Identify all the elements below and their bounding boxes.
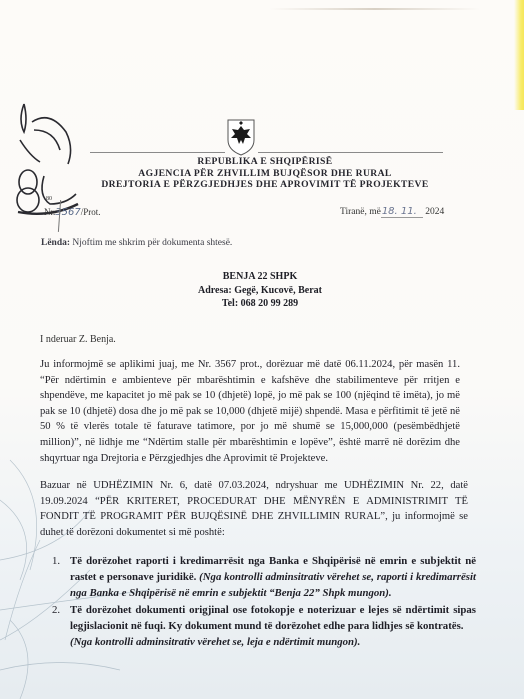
paragraph-legal-basis: Bazuar në UDHËZIMIN Nr. 6, datë 07.03.20… [40,478,468,540]
paragraph-application-info: Ju informojmë se aplikimi juaj, me Nr. 3… [40,357,460,466]
protocol-number: Nr.3567/Prot. [44,207,100,218]
albania-coat-of-arms-icon [226,118,256,156]
recipient-phone: Tel: 068 20 99 289 [130,297,390,311]
recipient-block: BENJA 22 SHPK Adresa: Gegë, Kucovë, Bera… [130,270,390,311]
salutation: I nderuar Z. Benja. [40,334,116,345]
recipient-name: BENJA 22 SHPK [130,270,390,284]
logo-80-anniversary: 80 [10,100,82,218]
header-rule-left [90,152,225,153]
subject-line: Lënda: Njoftim me shkrim për dokumenta s… [41,238,232,248]
letterhead-agency: AGJENCIA PËR ZHVILLIM BUJQËSOR DHE RURAL [80,168,450,180]
requirement-note: (Nga kontrolli adminsitrativ vërehet se,… [70,636,360,648]
requirement-item: 1. Të dorëzohet raporti i kredimarrësit … [48,553,476,602]
recipient-address: Adresa: Gegë, Kucovë, Berat [130,284,390,298]
requirements-list: 1. Të dorëzohet raporti i kredimarrësit … [48,553,476,650]
date-handwritten: 18. 11. [381,206,423,218]
paper-streak [270,8,480,10]
requirement-item: 2. Të dorëzohet dokumenti origjinal ose … [48,602,476,651]
header-rule-right [258,152,443,153]
letterhead-directorate: DREJTORIA E PËRZGJEDHJES DHE APROVIMIT T… [80,179,450,191]
paper-edge-highlight [514,0,524,110]
letter-date: Tiranë, më18. 11. 2024 [340,206,444,217]
svg-text:80: 80 [46,196,52,202]
letterhead-republic: REPUBLIKA E SHQIPËRISË [80,156,450,168]
letterhead: REPUBLIKA E SHQIPËRISË AGJENCIA PËR ZHVI… [80,156,450,191]
